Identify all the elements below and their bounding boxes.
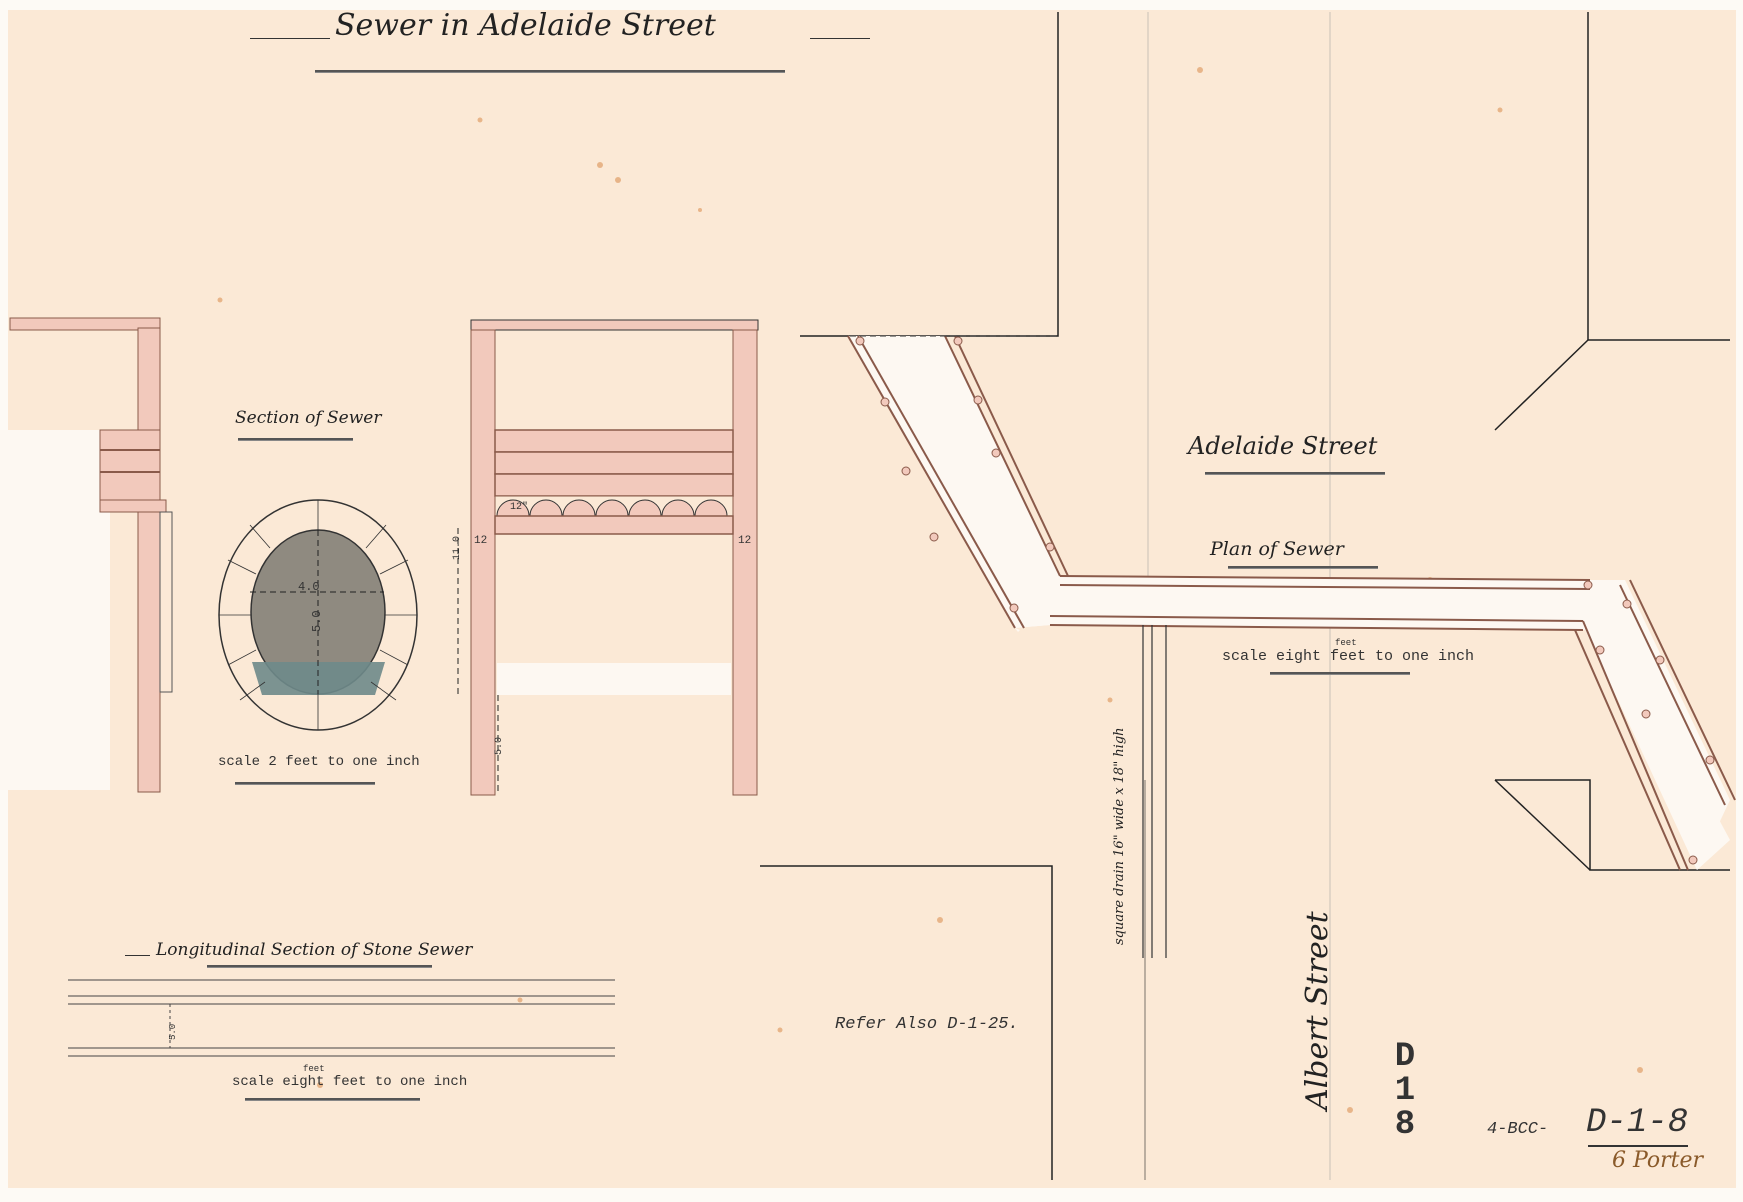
plan-of-sewer — [848, 336, 1735, 958]
plan-scale-label: scale eight feet to one inch — [1222, 648, 1474, 665]
long-rule-left — [125, 955, 150, 956]
adelaide-street-label: Adelaide Street — [1188, 432, 1377, 460]
long-dimension: 5.0 — [168, 1024, 178, 1040]
street-underline — [1205, 472, 1385, 475]
signature: 6 Porter — [1612, 1148, 1703, 1173]
albert-street-label: Albert Street — [1300, 911, 1335, 1110]
arch-label: 12" — [510, 502, 528, 513]
title-rule-right — [810, 38, 870, 39]
stamp-line-3: 8 — [1390, 1108, 1420, 1142]
stamp-code: D 1 8 — [1390, 1040, 1420, 1142]
stamp-line-2: 1 — [1390, 1074, 1420, 1108]
reference-underline — [1588, 1145, 1688, 1147]
section-scale-label: scale 2 feet to one inch — [218, 754, 420, 770]
longitudinal-section — [68, 980, 615, 1056]
refer-also-note: Refer Also D-1-25. — [835, 1015, 1019, 1034]
long-scale-underline — [245, 1098, 420, 1101]
sewer-side-section — [458, 320, 758, 795]
drawing-sheet: Sewer in Adelaide Street Section of Sewe… — [0, 0, 1743, 1202]
plan-of-sewer-label: Plan of Sewer — [1210, 538, 1344, 560]
dimension-lower: 5.0 — [494, 737, 505, 755]
section-label-underline — [238, 438, 353, 441]
longitudinal-section-label: Longitudinal Section of Stone Sewer — [156, 940, 472, 960]
document-title: Sewer in Adelaide Street — [335, 8, 716, 43]
section-scale-underline — [235, 782, 375, 785]
stamp-line-1: D — [1390, 1040, 1420, 1074]
reference-prefix: 4-BCC- — [1487, 1120, 1548, 1139]
post-label-left: 12 — [474, 535, 487, 547]
long-scale-superscript: feet — [303, 1064, 325, 1074]
dimension-height: 5.0 — [310, 610, 324, 632]
dimension-width: 4.0 — [298, 580, 320, 594]
reference-code: D-1-8 — [1586, 1104, 1688, 1142]
section-of-sewer-label: Section of Sewer — [235, 408, 381, 428]
plan-scale-superscript: feet — [1335, 638, 1357, 648]
plan-label-underline — [1228, 566, 1378, 569]
title-underline — [315, 70, 785, 73]
long-scale-label: scale eight feet to one inch — [232, 1074, 467, 1090]
left-partial-section — [10, 318, 172, 792]
title-rule-left — [250, 38, 330, 39]
dimension-left: 11.0 — [452, 536, 463, 560]
drain-label: square drain 16" wide x 18" high — [1112, 727, 1127, 945]
long-label-underline — [207, 965, 432, 968]
post-label-right: 12 — [738, 535, 751, 547]
plan-scale-underline — [1270, 672, 1410, 675]
